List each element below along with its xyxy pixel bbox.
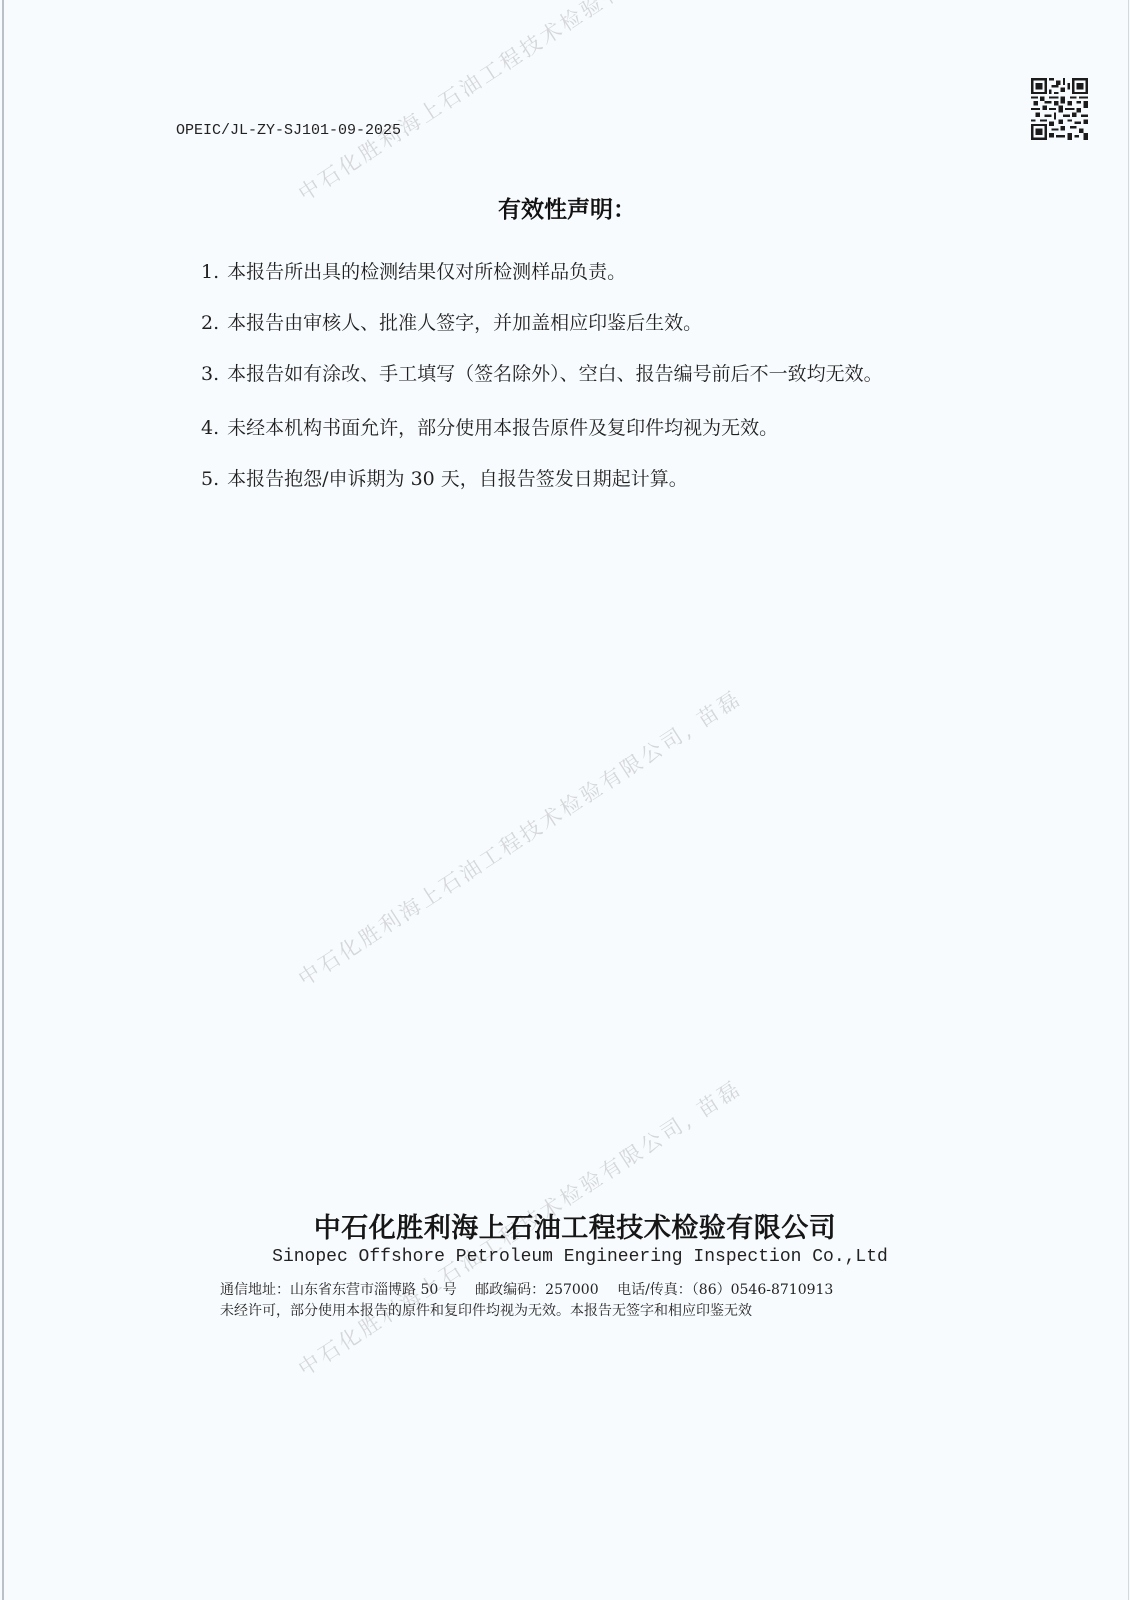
clause-number: 5. xyxy=(201,468,219,490)
company-name-cn: 中石化胜利海上石油工程技术检验有限公司 xyxy=(0,1206,1130,1245)
page-edge-left xyxy=(2,0,4,1600)
clause-text: 本报告抱怨/申诉期为 30 天，自报告签发日期起计算。 xyxy=(227,468,688,490)
page-edge-right xyxy=(1128,0,1129,1600)
footer-disclaimer: 未经许可，部分使用本报告的原件和复印件均视为无效。本报告无签字和相应印鉴无效 xyxy=(220,1300,752,1320)
clause-5: 5.本报告抱怨/申诉期为 30 天，自报告签发日期起计算。 xyxy=(148,465,960,493)
phone-fax: 电话/传真：（86）0546-8710913 xyxy=(617,1282,833,1298)
qr-code-icon xyxy=(1031,78,1088,140)
page-title: 有效性声明： xyxy=(0,191,1130,224)
clause-number: 4. xyxy=(201,417,219,439)
clause-text: 未经本机构书面允许，部分使用本报告原件及复印件均视为无效。 xyxy=(227,417,778,439)
validity-clauses: 1.本报告所出具的检测结果仅对所检测样品负责。 2.本报告由审核人、批准人签字，… xyxy=(148,258,960,516)
clause-number: 1. xyxy=(201,261,219,283)
clause-3: 3.本报告如有涂改、手工填写（签名除外）、空白、报告编号前后不一致均无效。 xyxy=(148,354,960,394)
address: 通信地址：山东省东营市淄博路 50 号 xyxy=(220,1282,457,1298)
clause-text: 本报告由审核人、批准人签字，并加盖相应印鉴后生效。 xyxy=(227,312,702,334)
clause-1: 1.本报告所出具的检测结果仅对所检测样品负责。 xyxy=(148,258,960,286)
clause-text: 本报告所出具的检测结果仅对所检测样品负责。 xyxy=(227,261,626,283)
clause-number: 3. xyxy=(201,363,219,385)
clause-4: 4.未经本机构书面允许，部分使用本报告原件及复印件均视为无效。 xyxy=(148,414,960,442)
clause-text: 本报告如有涂改、手工填写（签名除外）、空白、报告编号前后不一致均无效。 xyxy=(227,363,883,385)
watermark-middle: 中石化胜利海上石油工程技术检验有限公司, 苗磊 xyxy=(292,682,747,992)
contact-info: 通信地址：山东省东营市淄博路 50 号 邮政编码：257000 电话/传真：（8… xyxy=(220,1279,847,1299)
footer: 中石化胜利海上石油工程技术检验有限公司 Sinopec Offshore Pet… xyxy=(0,1206,1130,1267)
document-number: OPEIC/JL-ZY-SJ101-09-2025 xyxy=(176,122,401,139)
watermark-top: 中石化胜利海上石油工程技术检验有限公司, 苗磊 xyxy=(292,0,747,208)
clause-number: 2. xyxy=(201,312,219,334)
company-name-en: Sinopec Offshore Petroleum Engineering I… xyxy=(0,1247,1130,1267)
postcode: 邮政编码：257000 xyxy=(475,1282,598,1298)
clause-2: 2.本报告由审核人、批准人签字，并加盖相应印鉴后生效。 xyxy=(148,309,960,337)
